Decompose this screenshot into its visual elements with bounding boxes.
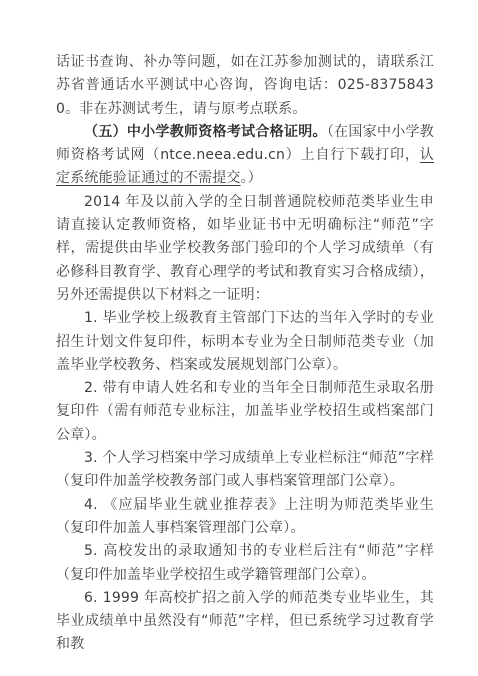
text-run: 5. 高校发出的录取通知书的专业栏后注有“师范”字样（复印件加盖毕业学校招生或学… xyxy=(56,543,434,582)
text-run: 2. 带有申请人姓名和专业的当年全日制师范生录取名册复印件（需有师范专业标注，加… xyxy=(56,380,434,443)
text-run: 话证书查询、补办等问题，如在江苏参加测试的，请联系江苏省普通话水平测试中心咨询，… xyxy=(56,54,434,117)
continuation-paragraph: 话证书查询、补办等问题，如在江苏参加测试的，请联系江苏省普通话水平测试中心咨询，… xyxy=(56,51,434,121)
section-5-paragraph: （五）中小学教师资格考试合格证明。（在国家中小学教师资格考试网（ntce.nee… xyxy=(56,121,434,191)
text-run: 3. 个人学习档案中学习成绩单上专业栏标注“师范”字样（复印件加盖学校教务部门或… xyxy=(56,450,434,489)
item-6-paragraph: 6. 1999 年高校扩招之前入学的师范类专业毕业生，其毕业成绩单中虽然没有“师… xyxy=(56,587,434,657)
text-run: 4. 《应届毕业生就业推荐表》上注明为师范类毕业生（复印件加盖人事档案管理部门公… xyxy=(56,497,434,536)
item-3-paragraph: 3. 个人学习档案中学习成绩单上专业栏标注“师范”字样（复印件加盖学校教务部门或… xyxy=(56,447,434,494)
text-run: 。） xyxy=(241,170,262,186)
document-content: 话证书查询、补办等问题，如在江苏参加测试的，请联系江苏省普通话水平测试中心咨询，… xyxy=(56,51,434,657)
text-run: （五）中小学教师资格考试合格证明。 xyxy=(84,124,327,140)
item-4-paragraph: 4. 《应届毕业生就业推荐表》上注明为师范类毕业生（复印件加盖人事档案管理部门公… xyxy=(56,494,434,541)
text-run: 1. 毕业学校上级教育主管部门下达的当年入学时的专业招生计划文件复印件，标明本专… xyxy=(56,310,434,373)
text-run: 2014 年及以前入学的全日制普通院校师范类毕业生申请直接认定教师资格，如毕业证… xyxy=(56,194,434,303)
document-page: 话证书查询、补办等问题，如在江苏参加测试的，请联系江苏省普通话水平测试中心咨询，… xyxy=(0,0,478,676)
item-5-paragraph: 5. 高校发出的录取通知书的专业栏后注有“师范”字样（复印件加盖毕业学校招生或学… xyxy=(56,540,434,587)
text-run: 6. 1999 年高校扩招之前入学的师范类专业毕业生，其毕业成绩单中虽然没有“师… xyxy=(56,590,434,653)
item-1-paragraph: 1. 毕业学校上级教育主管部门下达的当年入学时的专业招生计划文件复印件，标明本专… xyxy=(56,307,434,377)
pre-2014-graduates-paragraph: 2014 年及以前入学的全日制普通院校师范类毕业生申请直接认定教师资格，如毕业证… xyxy=(56,191,434,307)
item-2-paragraph: 2. 带有申请人姓名和专业的当年全日制师范生录取名册复印件（需有师范专业标注，加… xyxy=(56,377,434,447)
